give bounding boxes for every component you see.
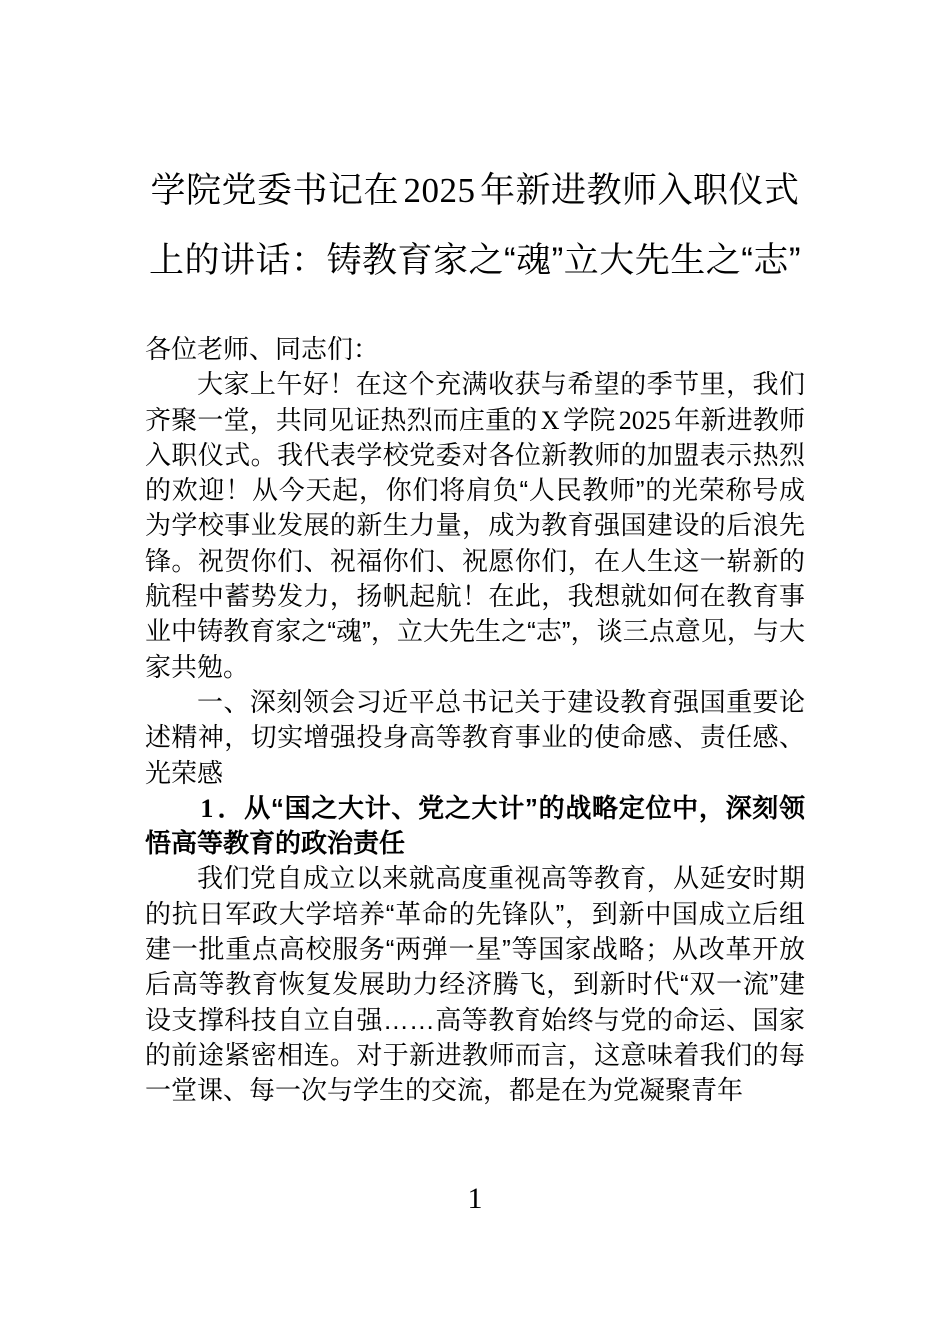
section-heading-1: 一、深刻领会习近平总书记关于建设教育强国重要论述精神，切实增强投身高等教育事业的… [145, 685, 805, 791]
document-title: 学院党委书记在2025年新进教师入职仪式上的讲话：铸教育家之“魂”立大先生之“志… [0, 0, 950, 296]
latin-text: 2025 [404, 171, 476, 210]
paragraph-opening: 大家上午好！在这个充满收获与希望的季节里，我们齐聚一堂，共同见证热烈而庄重的X学… [145, 367, 805, 685]
paragraph-section-body: 我们党自成立以来就高度重视高等教育，从延安时期的抗日军政大学培养“革命的先锋队”… [145, 861, 805, 1108]
salutation-line: 各位老师、同志们： [145, 332, 805, 367]
page-number: 1 [0, 1184, 950, 1214]
latin-text: 1 [200, 794, 213, 823]
document-body: 各位老师、同志们： 大家上午好！在这个充满收获与希望的季节里，我们齐聚一堂，共同… [145, 332, 805, 1109]
latin-text: X [541, 406, 560, 435]
latin-text: 2025 [619, 406, 671, 435]
document-page: 学院党委书记在2025年新进教师入职仪式上的讲话：铸教育家之“魂”立大先生之“志… [0, 0, 950, 1344]
subsection-heading-1-1: 1．从“国之大计、党之大计”的战略定位中，深刻领悟高等教育的政治责任 [145, 791, 805, 862]
